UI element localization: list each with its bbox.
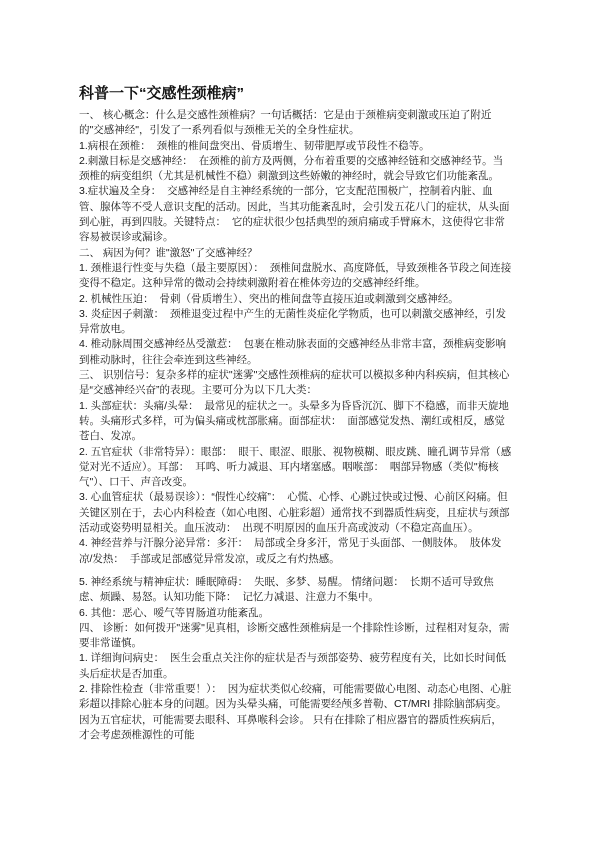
paragraph-other-symptoms: 6. 其他：恶心、嗳气等胃肠道功能紊乱。 — [79, 606, 512, 621]
document-page: 科普一下“交感性颈椎病” 一、 核心概念：什么是交感性颈椎病？一句话概括：它是由… — [0, 0, 595, 841]
paragraph-exclusion-tests: 2. 排除性检查（非常重要！）： 因为症状类似心绞痛，可能需要做心电图、动态心电… — [79, 682, 512, 743]
paragraph-history-inquiry: 1. 详细询问病史： 医生会重点关注你的症状是否与颈部姿势、疲劳程度有关，比如长… — [79, 651, 512, 682]
paragraph-root-cause: 1.病根在颈椎： 颈椎的椎间盘突出、骨质增生、韧带肥厚或节段性不稳等。 — [79, 139, 512, 154]
paragraph-section-4-heading: 四、 诊断：如何拨开"迷雾"见真相，诊断交感性颈椎病是一个排除性诊断，过程相对复… — [79, 621, 512, 652]
paragraph-cardiovascular-symptoms: 3. 心血管症状（最易误诊）：“假性心绞痛”： 心慌、心悸、心跳过快或过慢、心前… — [79, 490, 512, 536]
paragraph-blank-line — [79, 567, 512, 575]
paragraph-section-3-heading: 三、 识别信号：复杂多样的症状"迷雾"交感性颈椎病的症状可以模拟多种内科疾病，但… — [79, 368, 512, 399]
paragraph-degeneration-instability: 1. 颈椎退行性变与失稳（最主要原因）： 颈椎间盘脱水、高度降低，导致颈椎各节段… — [79, 261, 512, 292]
paragraph-whole-body-symptoms: 3.症状遍及全身： 交感神经是自主神经系统的一部分，它支配范围极广，控制着内脏、… — [79, 184, 512, 245]
paragraph-head-symptoms: 1. 头部症状：头痛/头晕： 最常见的症状之一。头晕多为昏昏沉沉、脚下不稳感，而… — [79, 399, 512, 445]
paragraph-nervous-mental-symptoms: 5. 神经系统与精神症状：睡眠障碍： 失眠、多梦、易醒。 情绪问题： 长期不适可… — [79, 575, 512, 606]
paragraph-inflammation-factors: 3. 炎症因子刺激： 颈椎退变过程中产生的无菌性炎症化学物质，也可以刺激交感神经… — [79, 307, 512, 338]
paragraph-mechanical-compression: 2. 机械性压迫： 骨刺（骨质增生）、突出的椎间盘等直接压迫或刺激到交感神经。 — [79, 292, 512, 307]
document-content: 科普一下“交感性颈椎病” 一、 核心概念：什么是交感性颈椎病？一句话概括：它是由… — [79, 84, 512, 743]
paragraph-section-1-intro: 一、 核心概念：什么是交感性颈椎病？一句话概括：它是由于颈椎病变刺激或压迫了附近… — [79, 108, 512, 139]
paragraph-sensory-organ-symptoms: 2. 五官症状（非常特异）：眼部： 眼干、眼涩、眼胀、视物模糊、眼皮跳、瞳孔调节… — [79, 445, 512, 491]
paragraph-vertebral-artery-plexus: 4. 椎动脉周围交感神经丛受激惹： 包裹在椎动脉表面的交感神经丛非常丰富，颈椎病… — [79, 337, 512, 368]
document-title: 科普一下“交感性颈椎病” — [79, 84, 512, 103]
paragraph-sweat-gland-symptoms: 4. 神经营养与汗腺分泌异常：多汗： 局部或全身多汗，常见于头面部、一侧肢体。 … — [79, 536, 512, 567]
paragraph-section-2-heading: 二、 病因为何？谁"激怒"了交感神经？ — [79, 246, 512, 261]
paragraph-stimulus-target: 2.刺激目标是交感神经： 在颈椎的前方及两侧，分布着重要的交感神经链和交感神经节… — [79, 154, 512, 185]
